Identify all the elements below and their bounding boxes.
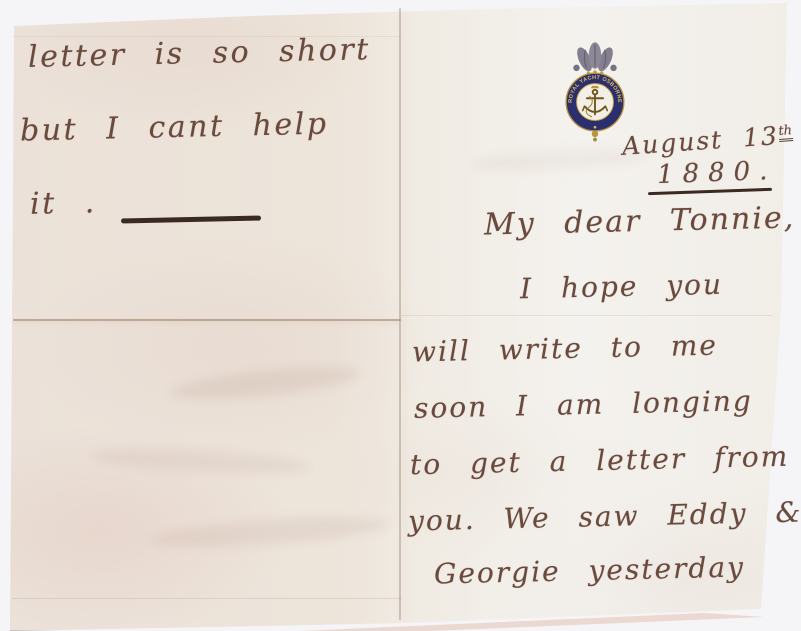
badge-pendant <box>592 131 598 142</box>
left-page-line-3: it . <box>30 185 98 222</box>
date-ordinal: th <box>778 123 793 142</box>
vertical-fold-crease <box>399 8 401 620</box>
faint-crease-bottom-left <box>12 598 402 599</box>
body-line: Georgie yesterday <box>434 550 746 590</box>
horizontal-fold-crease-right <box>401 315 773 316</box>
salutation: My dear Tonnie, <box>484 200 796 242</box>
body-line: I hope you <box>520 268 724 306</box>
horizontal-fold-crease-left <box>13 319 401 321</box>
royal-yacht-osborne-emblem: ROYAL YACHT OSBORNE <box>557 41 633 146</box>
prince-of-wales-plumes-icon <box>573 42 617 73</box>
photographed-letter-scene: letter is so short but I cant help it . <box>0 0 801 631</box>
body-line: will write to me <box>412 329 719 369</box>
date-year: 1880. <box>657 156 777 190</box>
left-page-line-2: but I cant help <box>20 107 329 149</box>
